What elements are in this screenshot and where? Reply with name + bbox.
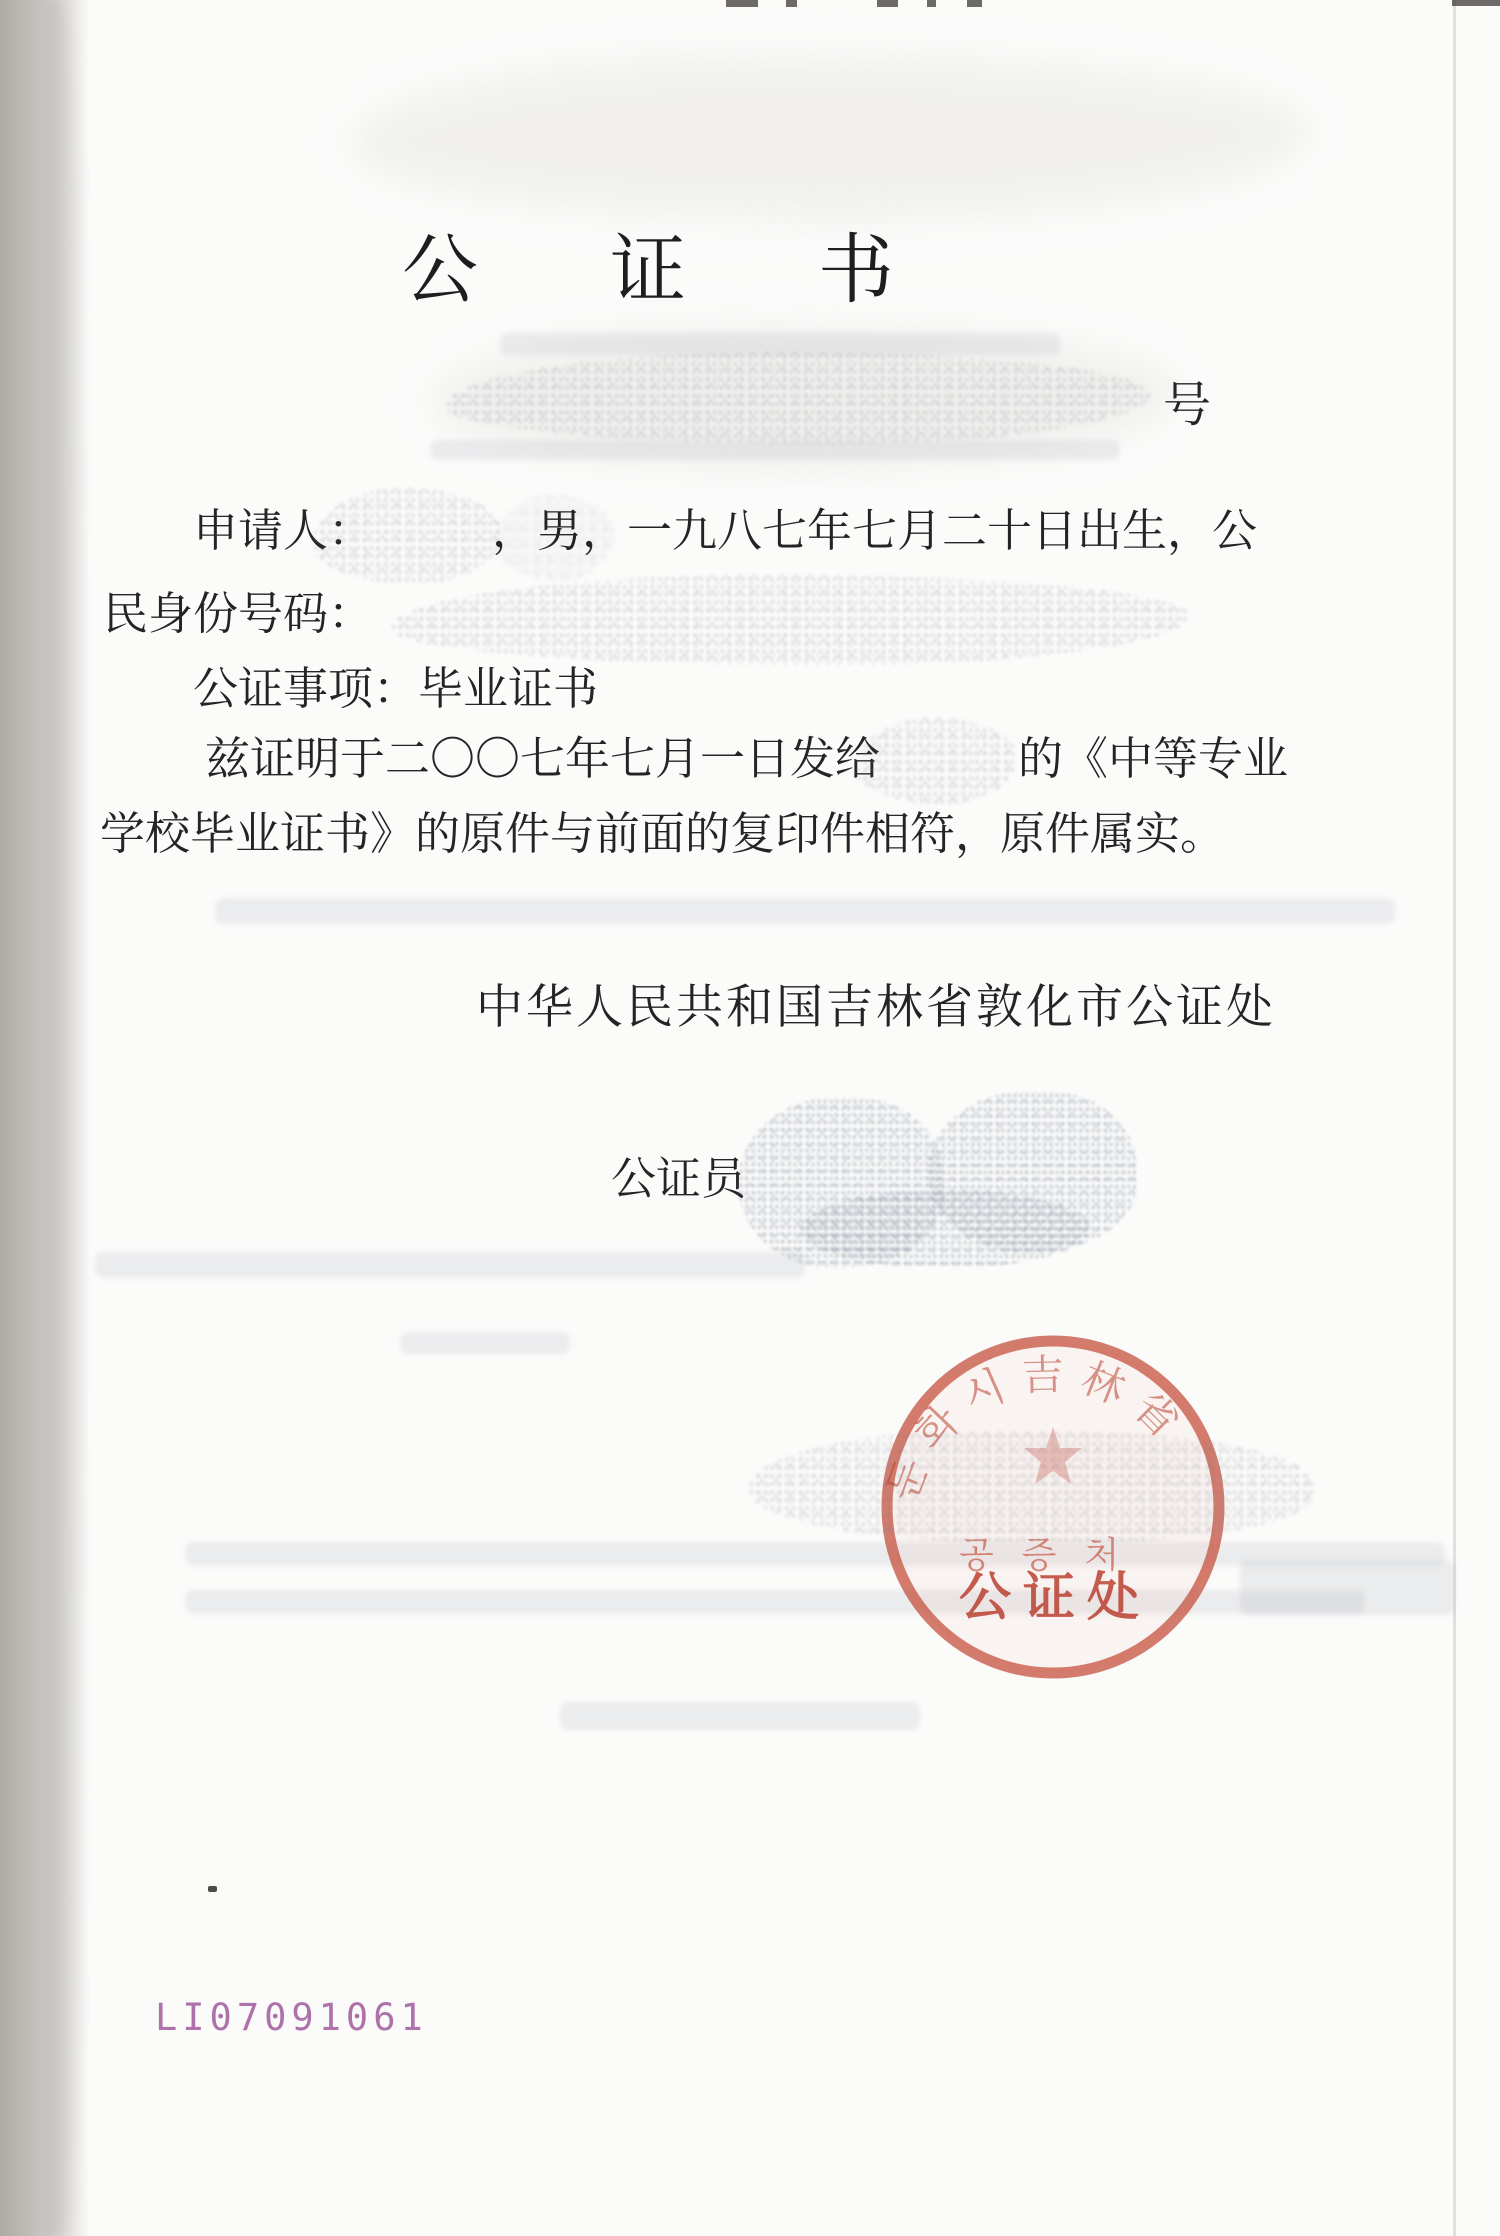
page-right-crease-line <box>1453 0 1456 2236</box>
certificate-number-suffix: 号 <box>1163 366 1211 435</box>
redaction-citizen-id <box>390 575 1190 665</box>
certify-text-line2: 学校毕业证书》的原件与前面的复印件相符，原件属实。 <box>100 805 1225 863</box>
binding-mark <box>967 0 982 7</box>
certify-text-prefix: 兹证明于二〇〇七年七月一日发给 <box>205 730 880 788</box>
binding-mark <box>726 0 758 7</box>
title-char: 证 <box>610 228 686 314</box>
citizen-id-label: 民身份号码： <box>103 585 373 643</box>
redaction-applicant-name <box>312 488 502 584</box>
ghost-text-bleedthrough <box>215 898 1395 924</box>
serial-number-stamp: LI07091061 <box>155 1996 428 2039</box>
ghost-text-bleedthrough <box>560 1702 920 1730</box>
ghost-text-bleedthrough <box>1240 1560 1455 1615</box>
redaction-recipient-name <box>855 718 1017 804</box>
binding-mark <box>877 0 898 7</box>
binding-mark <box>1452 0 1500 6</box>
ink-speck <box>208 1886 217 1892</box>
redaction-notary-signature <box>800 1190 1090 1268</box>
notary-label: 公证员 <box>611 1142 746 1207</box>
matter-line: 公证事项：毕业证书 <box>193 660 598 718</box>
ghost-text-bleedthrough <box>400 1332 570 1354</box>
title-char: 书 <box>818 228 894 314</box>
scan-grey-wash <box>350 55 1310 220</box>
binding-mark <box>786 0 797 7</box>
binding-mark <box>927 0 936 7</box>
title-char: 公 <box>402 228 478 314</box>
certify-text-suffix: 的《中等专业 <box>1018 730 1288 788</box>
ghost-text-bleedthrough <box>95 1252 805 1278</box>
issuer-office: 中华人民共和国吉林省敦化市公证处 <box>476 970 1276 1037</box>
stamp-chinese-line: 公证处 <box>959 1569 1151 1627</box>
redaction-stamp-center <box>748 1432 1313 1542</box>
document-title: 公 证 书 <box>402 228 894 314</box>
applicant-info: ，男，一九八七年七月二十日出生，公 <box>492 502 1257 560</box>
